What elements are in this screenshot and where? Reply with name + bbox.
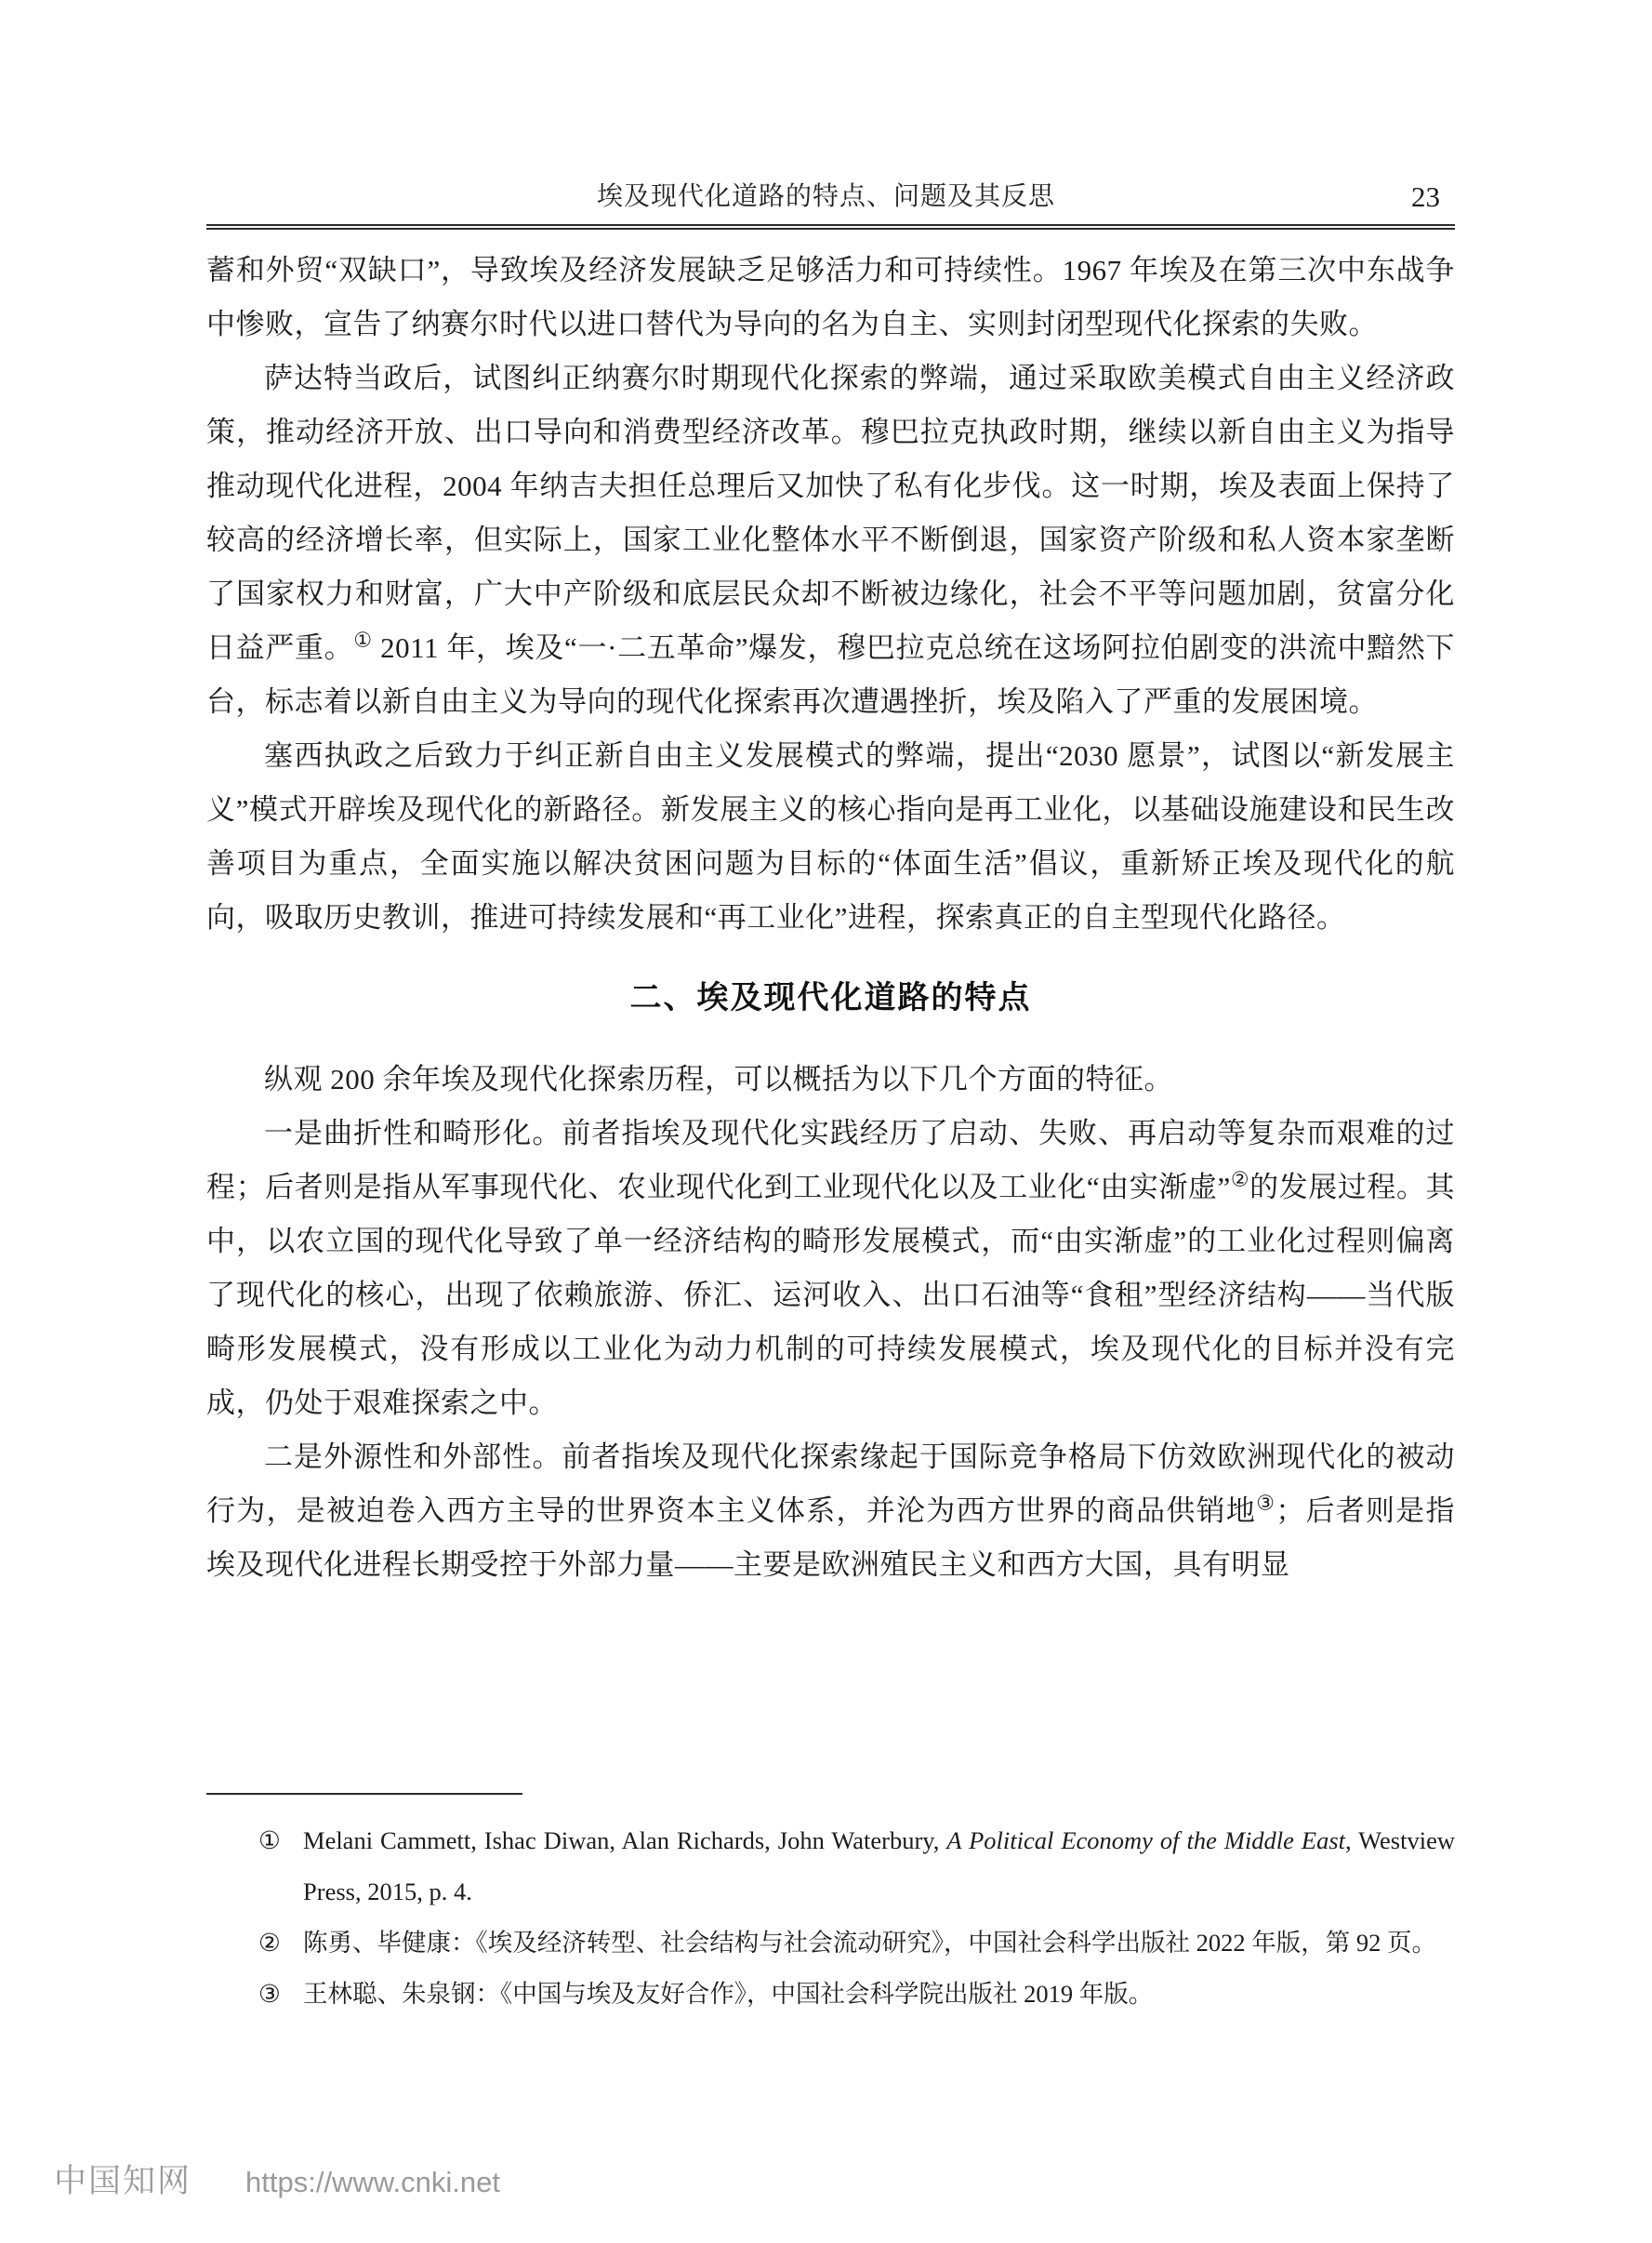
footnote-number: ② bbox=[258, 1918, 281, 1969]
footnote-item: ③王林聪、朱泉钢：《中国与埃及友好合作》，中国社会科学院出版社 2019 年版。 bbox=[206, 1969, 1455, 2020]
paragraph: 一是曲折性和畸形化。前者指埃及现代化实践经历了启动、失败、再启动等复杂而艰难的过… bbox=[206, 1107, 1455, 1430]
text-run: 的发展过程。其中，以农立国的现代化导致了单一经济结构的畸形发展模式，而“由实渐虚… bbox=[206, 1171, 1455, 1419]
footnote-ref: ① bbox=[353, 629, 372, 652]
text-run: 纵观 200 余年埃及现代化探索历程，可以概括为以下几个方面的特征。 bbox=[264, 1063, 1173, 1095]
text-run: 陈勇、毕健康：《埃及经济转型、社会结构与社会流动研究》，中国社会科学出版社 20… bbox=[303, 1929, 1436, 1957]
footnote-item: ②陈勇、毕健康：《埃及经济转型、社会结构与社会流动研究》，中国社会科学出版社 2… bbox=[206, 1918, 1455, 1969]
paragraph: 二是外源性和外部性。前者指埃及现代化探索缘起于国际竞争格局下仿效欧洲现代化的被动… bbox=[206, 1430, 1455, 1592]
text-run: A Political Economy of the Middle East bbox=[946, 1826, 1345, 1854]
text-run: 2011 年，埃及“一·二五革命”爆发，穆巴拉克总统在这场阿拉伯剧变的洪流中黯然… bbox=[206, 631, 1455, 718]
cnki-url-link[interactable]: https://www.cnki.net bbox=[245, 2166, 500, 2199]
text-run: 王林聪、朱泉钢：《中国与埃及友好合作》，中国社会科学院出版社 2019 年版。 bbox=[303, 1980, 1153, 2008]
footnote-ref: ③ bbox=[1256, 1492, 1275, 1515]
footnotes-block: ①Melani Cammett, Ishac Diwan, Alan Richa… bbox=[206, 1815, 1455, 2020]
footnote-number: ③ bbox=[258, 1969, 281, 2020]
header-double-rule bbox=[206, 224, 1455, 230]
journal-page: 埃及现代化道路的特点、问题及其反思 23 蓄和外贸“双缺口”，导致埃及经济发展缺… bbox=[0, 0, 1652, 2243]
running-head-title: 埃及现代化道路的特点、问题及其反思 bbox=[0, 180, 1652, 214]
paragraph: 蓄和外贸“双缺口”，导致埃及经济发展缺乏足够活力和可持续性。1967 年埃及在第… bbox=[206, 244, 1455, 352]
article-body: 蓄和外贸“双缺口”，导致埃及经济发展缺乏足够活力和可持续性。1967 年埃及在第… bbox=[206, 244, 1455, 1592]
page-number: 23 bbox=[1411, 180, 1440, 214]
section-heading: 二、埃及现代化道路的特点 bbox=[206, 971, 1455, 1025]
text-run: Melani Cammett, Ishac Diwan, Alan Richar… bbox=[303, 1826, 946, 1854]
paragraph: 萨达特当政后，试图纠正纳赛尔时期现代化探索的弊端，通过采取欧美模式自由主义经济政… bbox=[206, 352, 1455, 729]
paragraph: 纵观 200 余年埃及现代化探索历程，可以概括为以下几个方面的特征。 bbox=[206, 1053, 1455, 1107]
footnote-ref: ② bbox=[1231, 1168, 1249, 1191]
footnote-item: ①Melani Cammett, Ishac Diwan, Alan Richa… bbox=[206, 1815, 1455, 1918]
text-run: 塞西执政之后致力于纠正新自由主义发展模式的弊端，提出“2030 愿景”，试图以“… bbox=[206, 739, 1455, 934]
text-run: 萨达特当政后，试图纠正纳赛尔时期现代化探索的弊端，通过采取欧美模式自由主义经济政… bbox=[206, 362, 1455, 664]
footnote-separator bbox=[206, 1793, 522, 1795]
text-run: 蓄和外贸“双缺口”，导致埃及经济发展缺乏足够活力和可持续性。1967 年埃及在第… bbox=[206, 254, 1455, 340]
footnote-number: ① bbox=[258, 1815, 281, 1866]
paragraph: 塞西执政之后致力于纠正新自由主义发展模式的弊端，提出“2030 愿景”，试图以“… bbox=[206, 729, 1455, 945]
page-footer: 中国知网 https://www.cnki.net bbox=[54, 2156, 500, 2202]
cnki-brand: 中国知网 bbox=[54, 2156, 192, 2202]
